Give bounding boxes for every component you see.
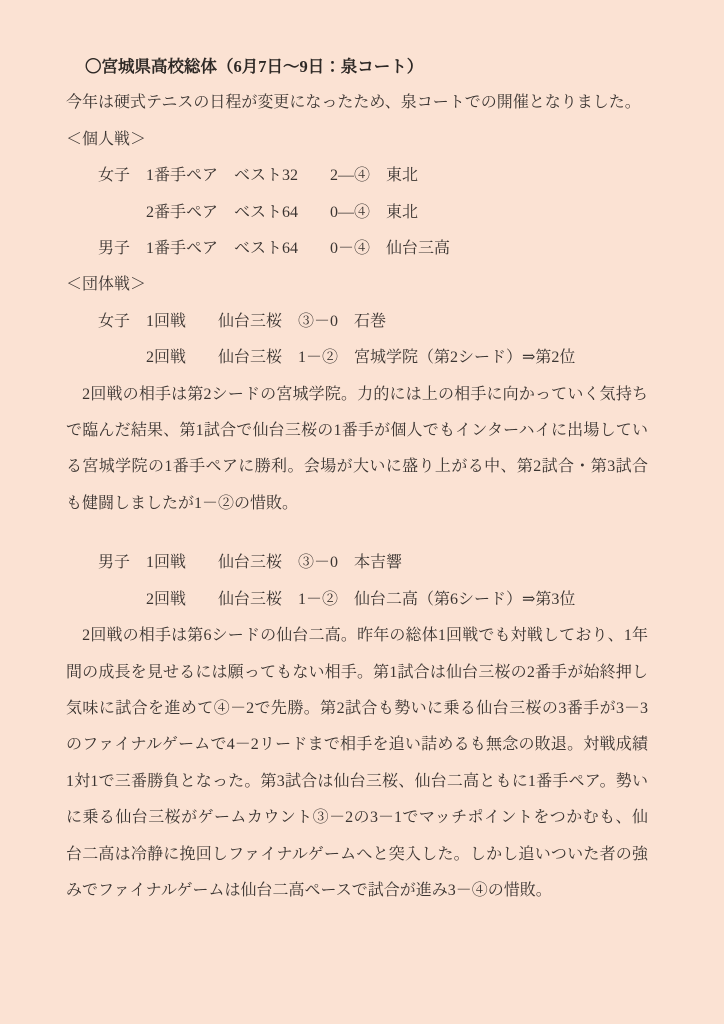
team-result-row-women-round1: 女子 1回戦 仙台三桜 ③－0 石巻 [66, 304, 648, 340]
individual-result-row-men-pair1: 男子 1番手ペア ベスト64 0－④ 仙台三高 [66, 231, 648, 267]
individual-result-row-women-pair1: 女子 1番手ペア ベスト32 2―④ 東北 [66, 158, 648, 194]
document-page: 〇宮城県高校総体（6月7日～9日：泉コート） 今年は硬式テニスの日程が変更になっ… [0, 0, 724, 1024]
men-team-report-paragraph: 2回戦の相手は第6シードの仙台二高。昨年の総体1回戦でも対戦しており、1年間の成… [66, 618, 648, 909]
team-result-row-women-round2: 2回戦 仙台三桜 1－② 宮城学院（第2シード）⇒第2位 [66, 340, 648, 376]
blank-line [66, 522, 648, 545]
page-title: 〇宮城県高校総体（6月7日～9日：泉コート） [66, 49, 648, 85]
individual-section-heading: ＜個人戦＞ [66, 122, 648, 158]
women-team-report-paragraph: 2回戦の相手は第2シードの宮城学院。力的には上の相手に向かっていく気持ちで臨んだ… [66, 377, 648, 523]
team-section-heading: ＜団体戦＞ [66, 267, 648, 303]
team-result-row-men-round2: 2回戦 仙台三桜 1－② 仙台二高（第6シード）⇒第3位 [66, 582, 648, 618]
individual-result-row-women-pair2: 2番手ペア ベスト64 0―④ 東北 [66, 195, 648, 231]
team-result-row-men-round1: 男子 1回戦 仙台三桜 ③－0 本吉響 [66, 545, 648, 581]
intro-text: 今年は硬式テニスの日程が変更になったため、泉コートでの開催となりました。 [66, 85, 648, 121]
